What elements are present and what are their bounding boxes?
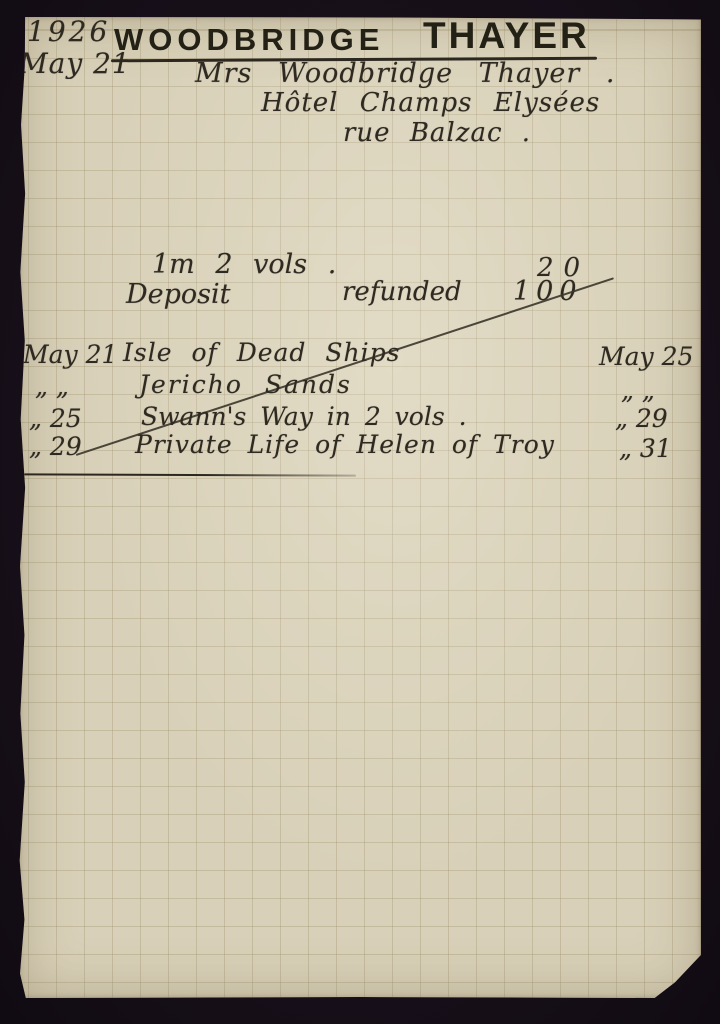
loan-return-date: „ „	[621, 377, 655, 405]
subscription-terms: 1m 2 vols .	[152, 250, 336, 280]
loan-out-date: May 21	[23, 341, 117, 369]
printed-first-name: WOODBRIDGE	[114, 24, 384, 55]
loan-return-date: „ 31	[619, 435, 672, 463]
holder-address-line1: Hôtel Champs Elysées	[261, 89, 600, 118]
loan-out-date: „ 29	[29, 433, 82, 461]
holder-name: Mrs Woodbridge Thayer .	[195, 59, 615, 89]
library-card: 1926 May 21 WOODBRIDGE THAYER Mrs Woodbr…	[19, 17, 701, 998]
loan-out-date: „ 25	[29, 405, 82, 433]
deposit-label: Deposit	[126, 280, 231, 310]
loan-title: Jericho Sands	[139, 371, 352, 399]
deposit-status: refunded	[342, 278, 462, 307]
loan-return-date: May 25	[599, 343, 693, 371]
year-label: 1926	[27, 17, 110, 48]
holder-address-line2: rue Balzac .	[343, 119, 531, 148]
scan-background: 1926 May 21 WOODBRIDGE THAYER Mrs Woodbr…	[0, 0, 720, 1024]
loan-return-date: „ 29	[615, 405, 668, 433]
loan-title: Swann's Way in 2 vols .	[141, 403, 467, 431]
loan-out-date: „ „	[35, 373, 69, 401]
printed-last-name: THAYER	[423, 17, 590, 54]
loan-title: Private Life of Helen of Troy	[135, 431, 555, 459]
loan-title: Isle of Dead Ships	[123, 339, 400, 367]
closing-rule-line	[24, 473, 356, 476]
